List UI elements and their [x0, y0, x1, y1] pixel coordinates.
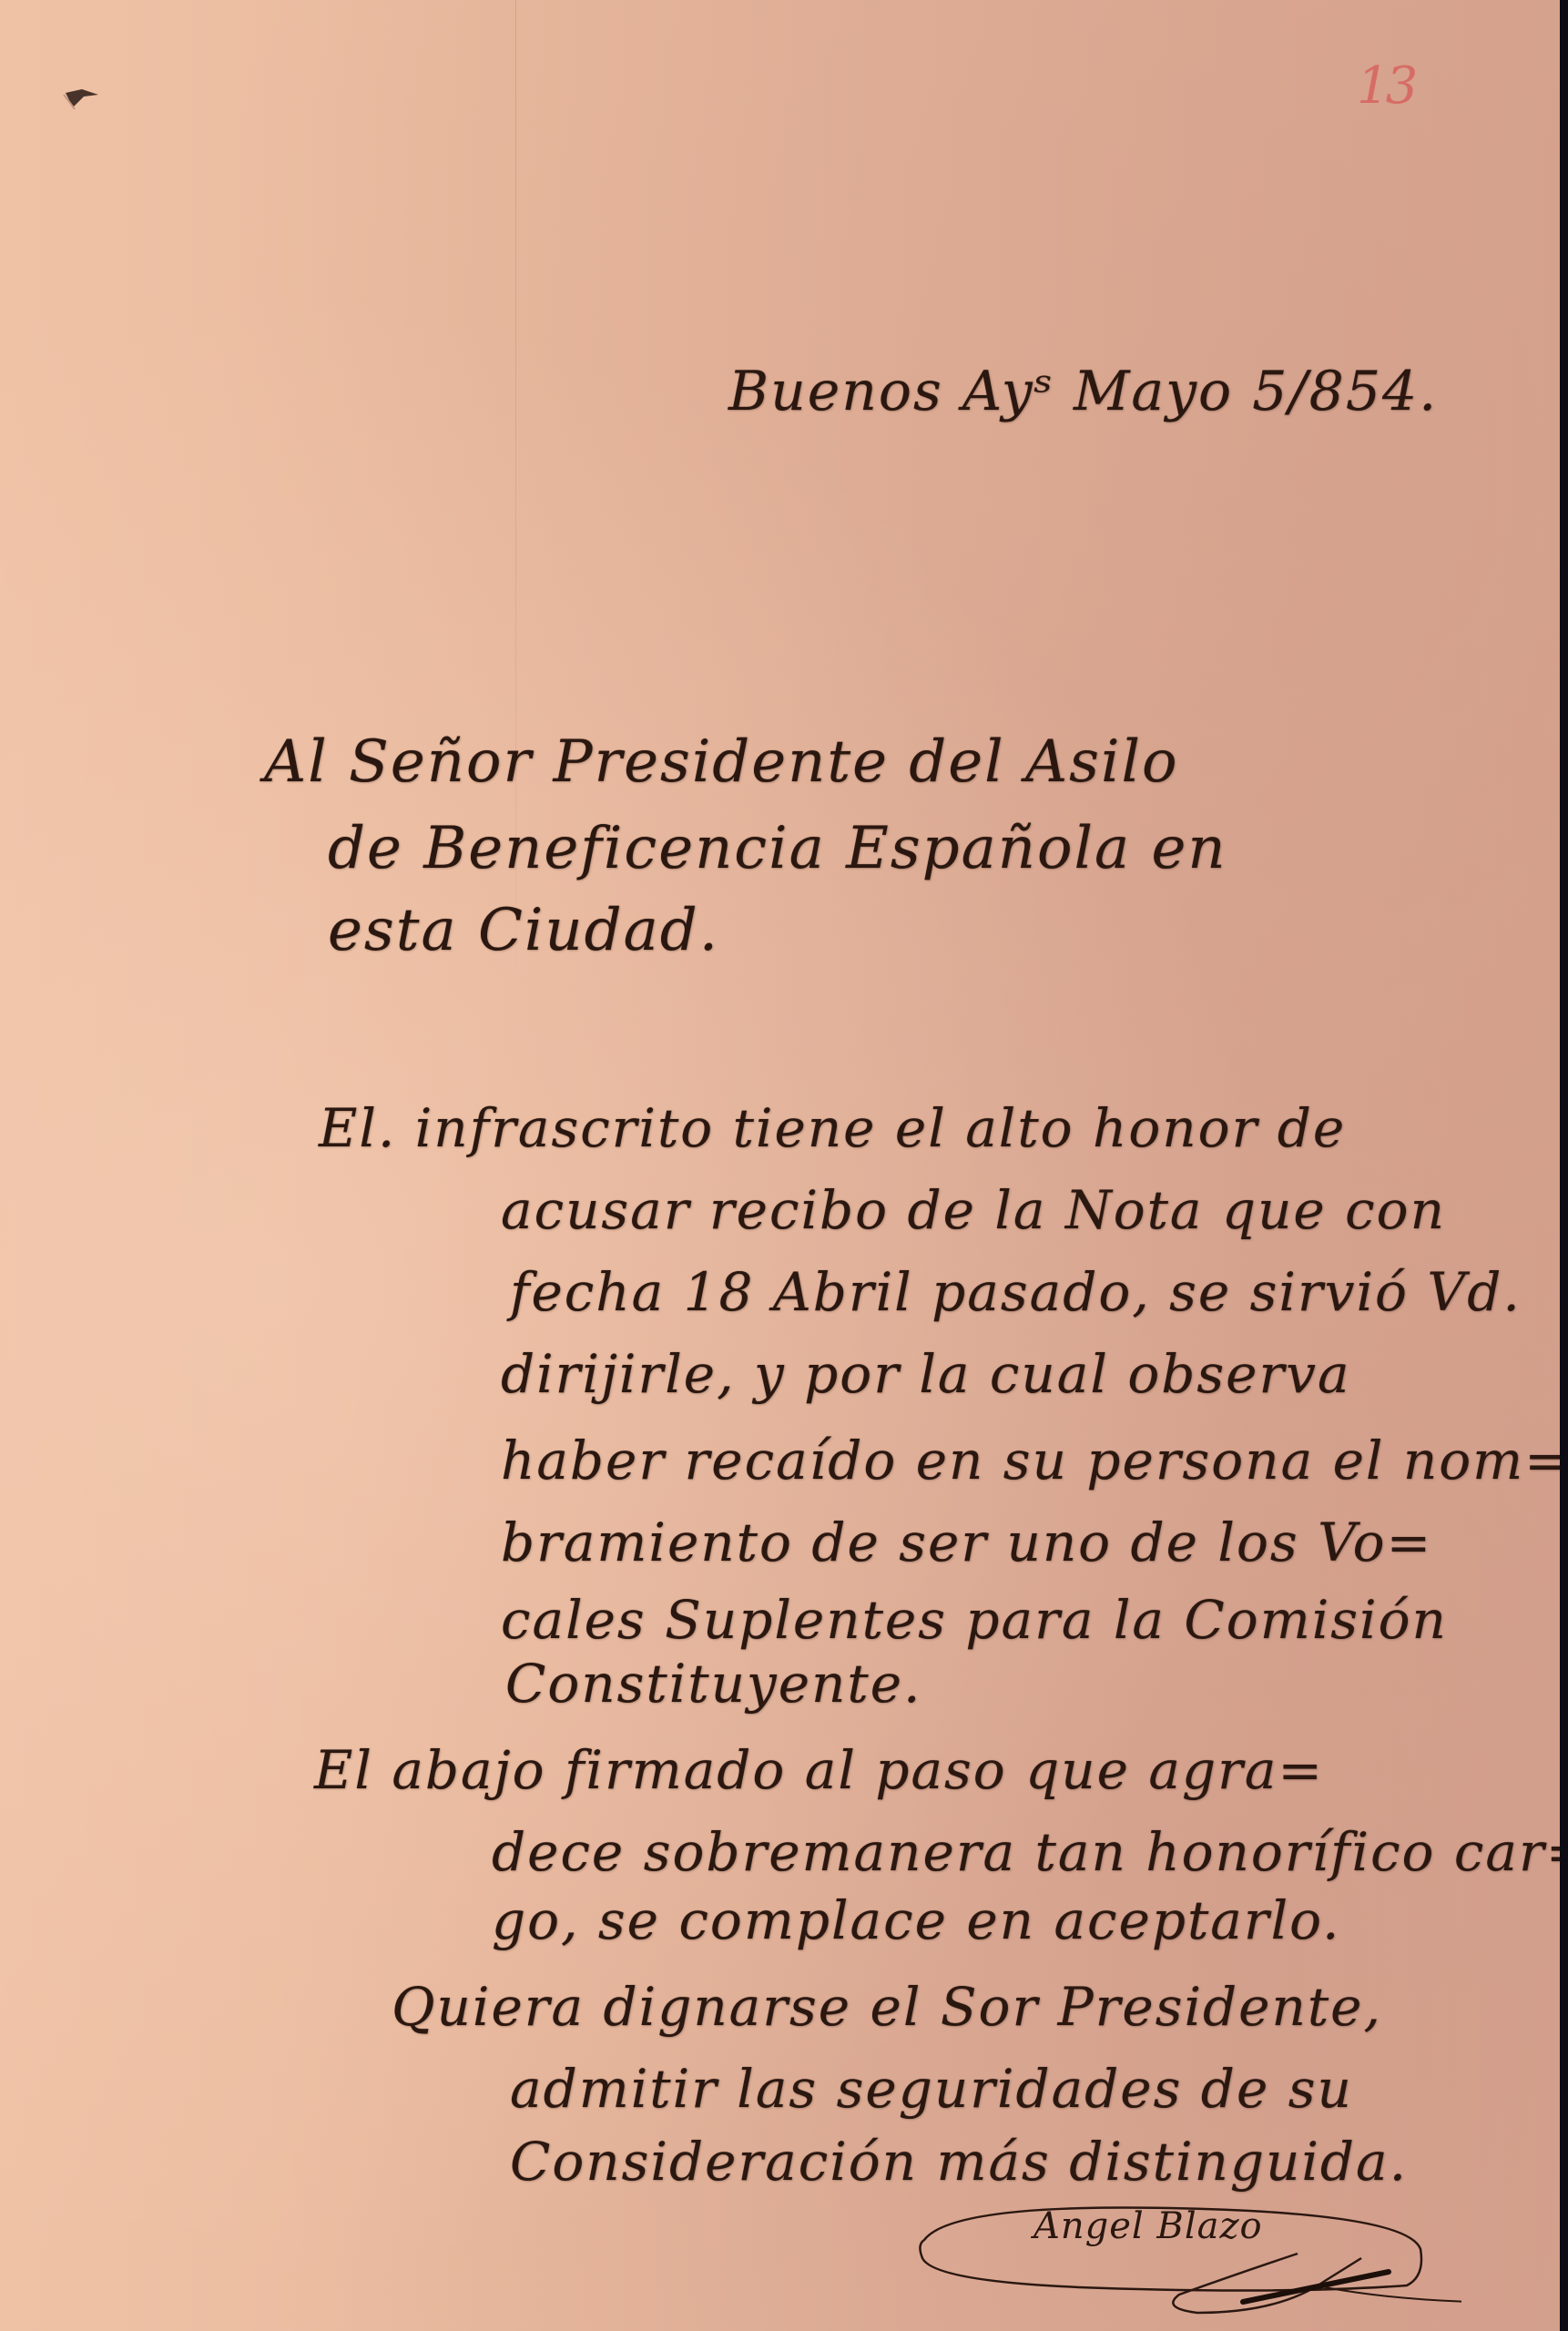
body-line: admitir las seguridades de su [510, 2058, 1353, 2120]
signature: Angel Blazo [1033, 2205, 1263, 2247]
body-line: fecha 18 Abril pasado, se sirvió Vd. [510, 1261, 1522, 1323]
body-line: acusar recibo de la Nota que con [501, 1179, 1446, 1241]
body-line: go, se complace en aceptarlo. [492, 1889, 1340, 1951]
body-line: haber recaído en su persona el nom= [501, 1430, 1560, 1491]
body-line: Constituyente. [505, 1653, 921, 1715]
address-line: de Beneficencia Española en [328, 815, 1227, 882]
address-line: esta Ciudad. [328, 897, 719, 964]
body-line: Quiera dignarse el Sor Presidente, [392, 1976, 1382, 2038]
address-line: Al Señor Presidente del Asilo [264, 728, 1178, 796]
body-line: Consideración más distinguida. [510, 2131, 1408, 2193]
letter-page: 13 Buenos Ayˢ Mayo 5/854. Al Señor Presi… [0, 0, 1560, 2331]
body-line: bramiento de ser uno de los Vo= [501, 1512, 1432, 1573]
body-line: dece sobremanera tan honorífico car= [492, 1821, 1560, 1883]
dateline: Buenos Ayˢ Mayo 5/854. [728, 360, 1438, 423]
folio-number: 13 [1357, 56, 1414, 116]
body-line: El abajo firmado al paso que agra= [314, 1739, 1324, 1801]
body-line: cales Suplentes para la Comisión [501, 1589, 1448, 1651]
body-line: El. infrascrito tiene el alto honor de [319, 1097, 1346, 1159]
body-line: dirijirle, y por la cual observa [501, 1343, 1351, 1405]
paper-tear-icon [62, 84, 102, 111]
signature-block: Angel Blazo [897, 2185, 1461, 2322]
scan-edge [1560, 0, 1568, 2331]
